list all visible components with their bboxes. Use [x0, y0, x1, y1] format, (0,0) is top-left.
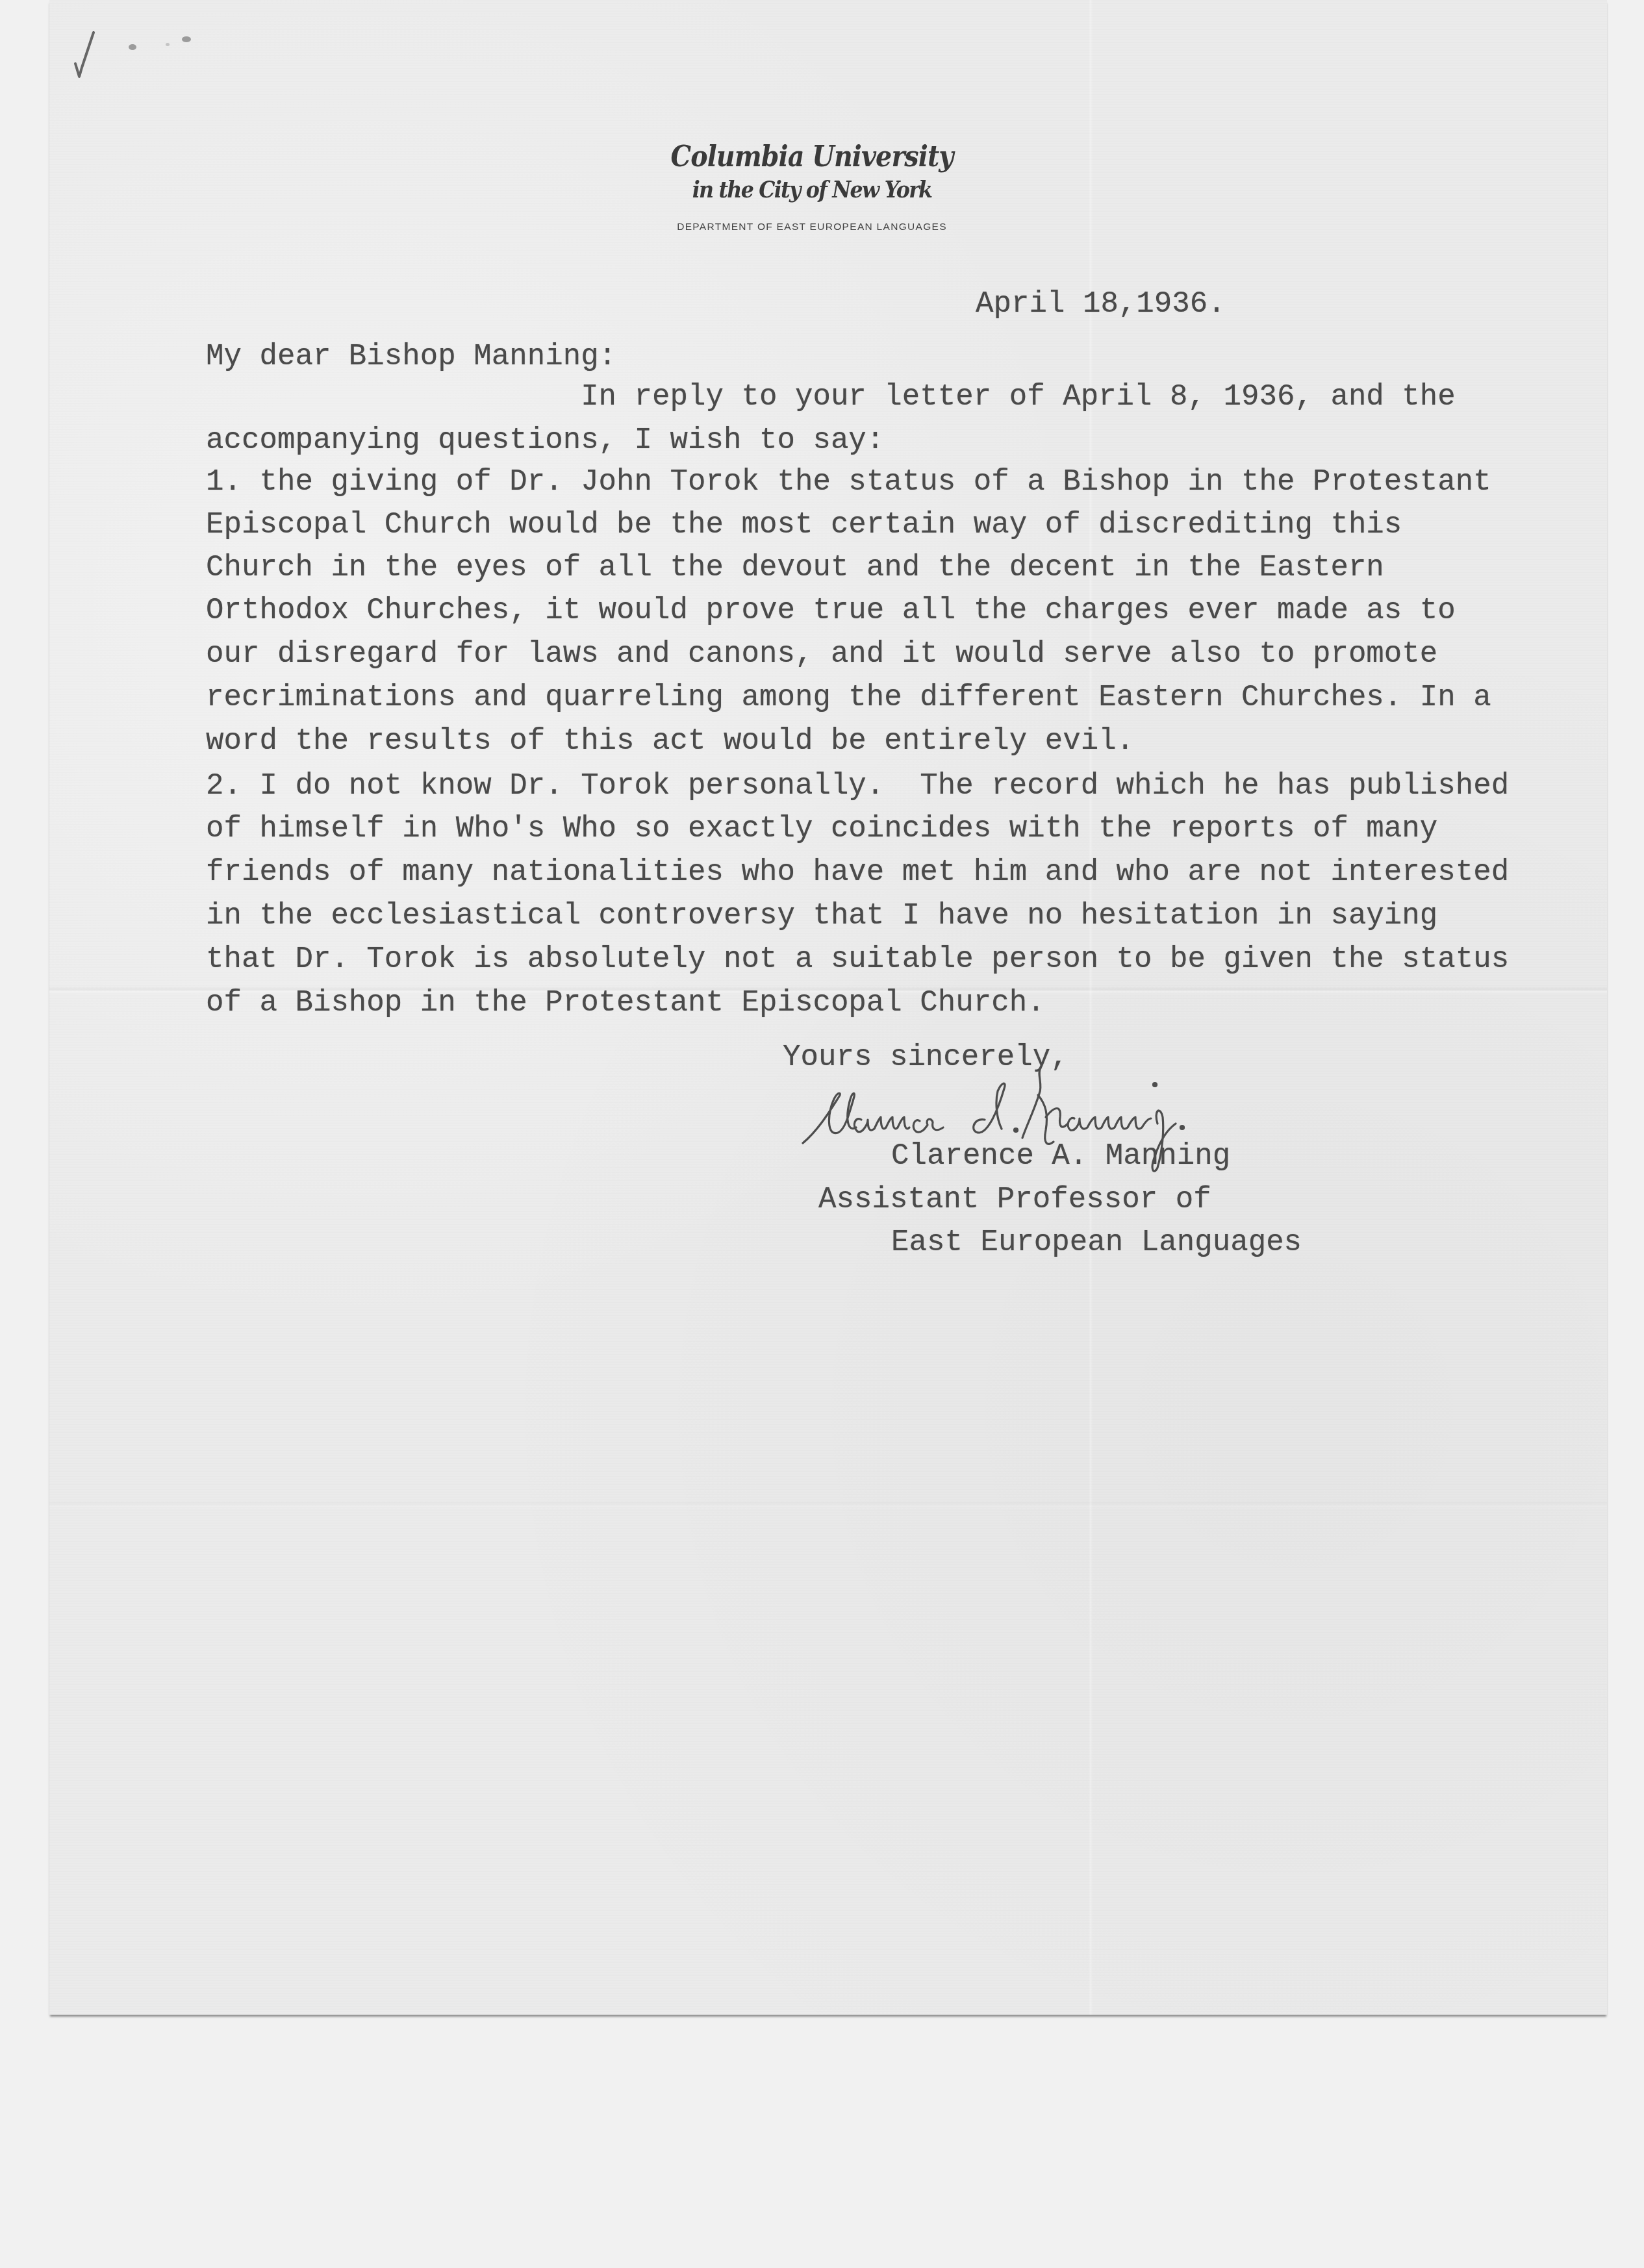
body-line: that Dr. Torok is absolutely not a suita… [206, 945, 1509, 975]
body-line: friends of many nationalities who have m… [206, 858, 1509, 888]
body-line: of himself in Who's Who so exactly coinc… [206, 814, 1437, 844]
body-line: of a Bishop in the Protestant Episcopal … [206, 989, 1045, 1018]
letter-salutation: My dear Bishop Manning: [206, 342, 616, 372]
check-mark-icon [73, 31, 96, 79]
paper-smudge [182, 36, 191, 42]
letterhead-location: in the City of New York [612, 175, 1012, 205]
body-line: in the ecclesiastical controversy that I… [206, 901, 1437, 931]
body-line: word the results of this act would be en… [206, 727, 1134, 757]
fold-crease [49, 1500, 1607, 1509]
letterhead: Columbia University in the City of New Y… [585, 140, 1039, 233]
body-line: 2. I do not know Dr. Torok personally. T… [206, 772, 1509, 801]
letter-date: April 18,1936. [976, 290, 1226, 320]
letterhead-institution: Columbia University [607, 140, 1017, 175]
signer-title-line2: East European Languages [891, 1228, 1302, 1258]
body-line: Church in the eyes of all the devout and… [206, 553, 1384, 583]
body-line: recriminations and quarreling among the … [206, 683, 1491, 713]
signer-title-line1: Assistant Professor of [818, 1185, 1211, 1215]
body-line: our disregard for laws and canons, and i… [206, 640, 1437, 670]
body-line: In reply to your letter of April 8, 1936… [206, 383, 1456, 412]
signer-name: Clarence A. Manning [891, 1142, 1230, 1172]
paper-smudge [166, 43, 170, 46]
body-line: accompanying questions, I wish to say: [206, 426, 884, 456]
body-line: Orthodox Churches, it would prove true a… [206, 596, 1456, 626]
paper-smudge [129, 44, 136, 50]
body-line: 1. the giving of Dr. John Torok the stat… [206, 468, 1491, 498]
letterhead-department: DEPARTMENT OF EAST EUROPEAN LANGUAGES [585, 221, 1039, 233]
body-line: Episcopal Church would be the most certa… [206, 510, 1402, 540]
